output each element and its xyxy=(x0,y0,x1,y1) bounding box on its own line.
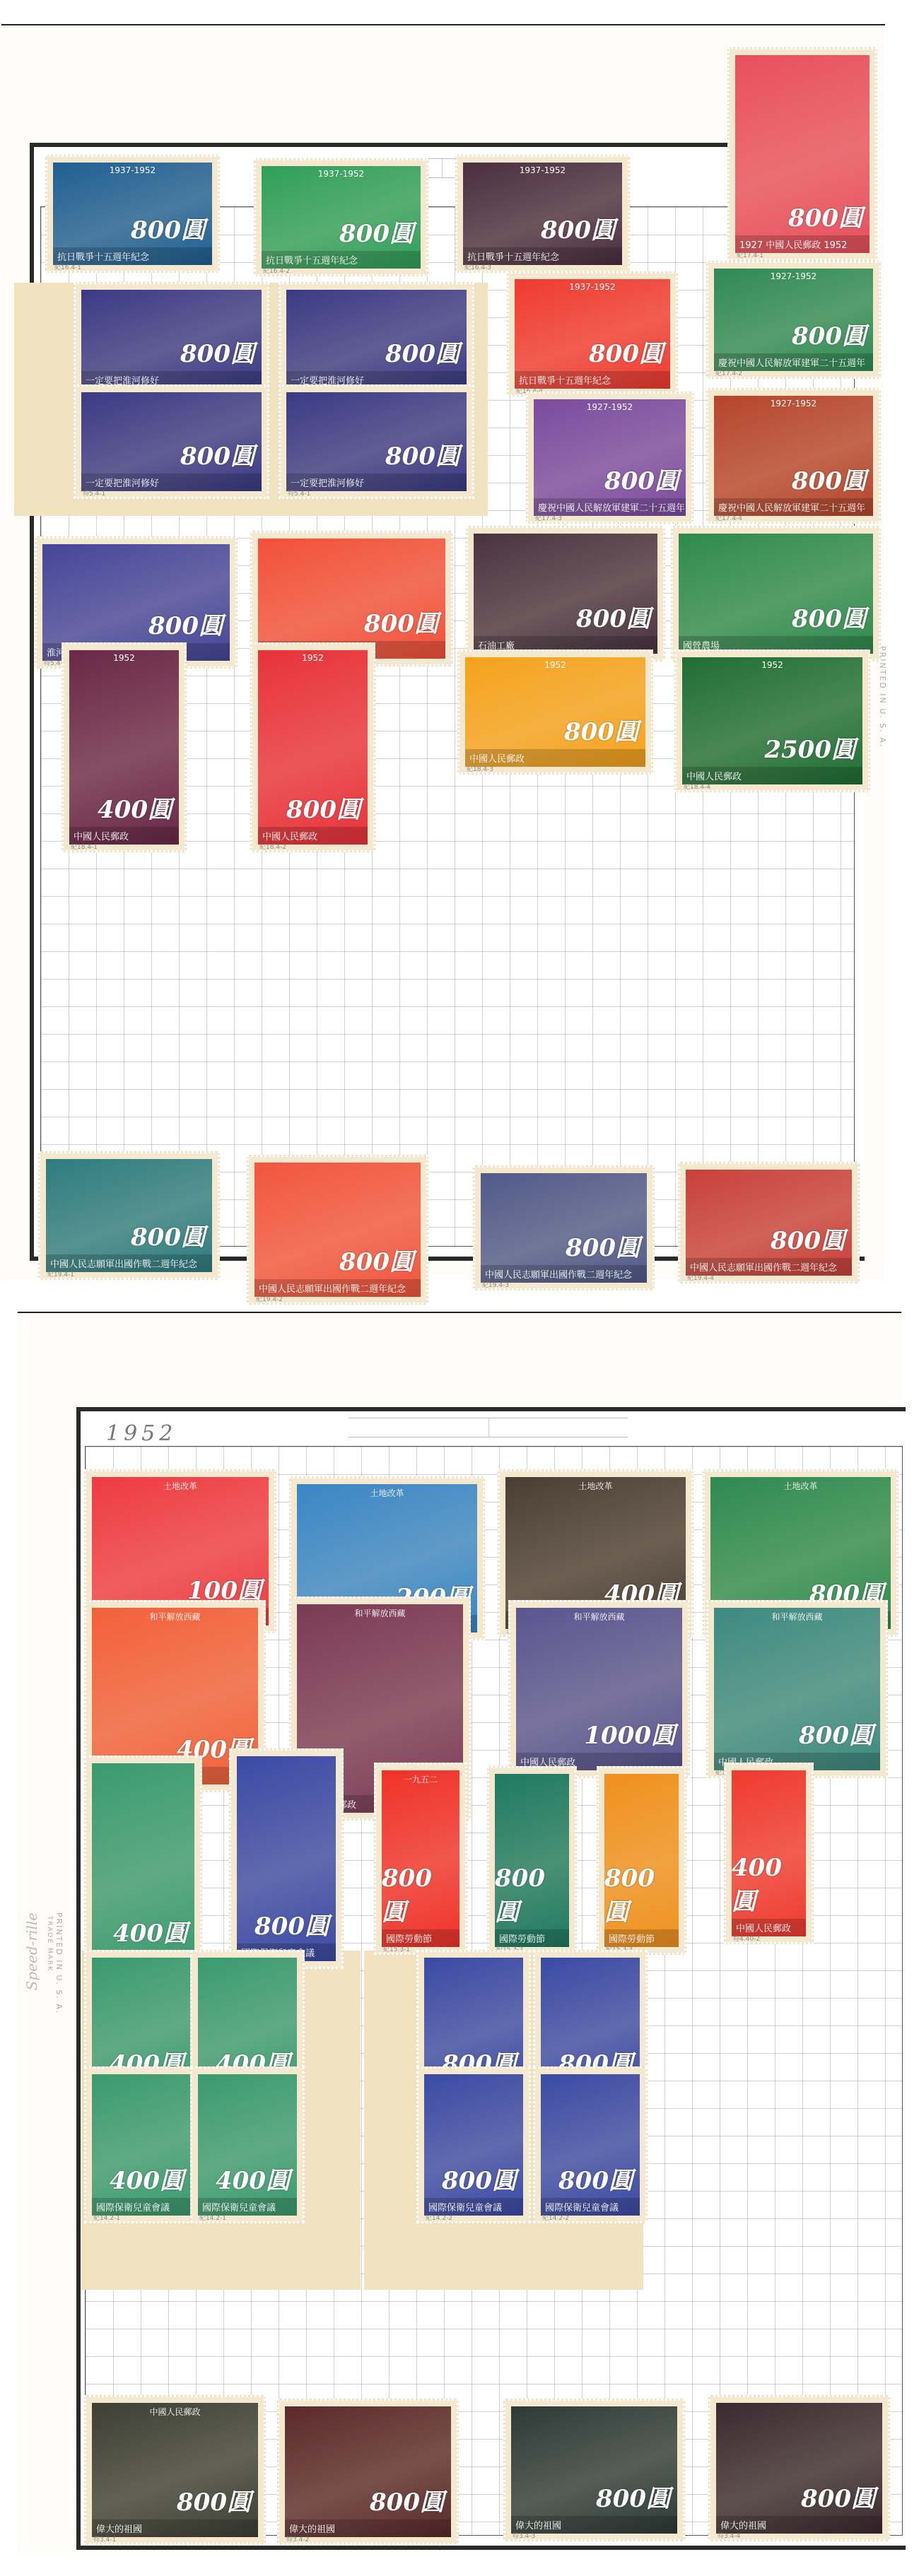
stamp-top-text: 1937-1952 xyxy=(519,282,666,292)
stamp-code: 紀15.3-1 xyxy=(383,1944,410,1953)
stamp: 一九五二800圓國際勞動節紀15.3-1 xyxy=(375,1763,467,1954)
stamp-design: 800圓一定要把淮河修好 xyxy=(286,290,467,389)
stamp-code: 紀18.4-3 xyxy=(467,764,493,773)
stamp-denomination: 800圓 xyxy=(771,1221,845,1256)
stamp-top-text: 和平解放西藏 xyxy=(96,1611,254,1623)
stamp-code: 紀14.2-1 xyxy=(93,2213,120,2222)
stamp: 800圓國際勞動節紀15.3-2 xyxy=(488,1767,576,1954)
stamp-denomination: 800圓 xyxy=(364,604,438,639)
stamp: 800圓一定要把淮河修好特5.4-1 xyxy=(74,283,269,396)
stamp-denomination: 400圓 xyxy=(732,1854,799,1917)
stamp-code: 紀19.4-3 xyxy=(482,1280,509,1289)
stamp-denomination: 800圓 xyxy=(131,1218,205,1252)
stamp-design: 一九五二800圓國際勞動節 xyxy=(382,1770,459,1947)
stamp-code: 特3.4-1 xyxy=(93,2534,116,2543)
stamp-denomination: 800圓 xyxy=(541,211,615,245)
stamp-design: 中國人民郵政800圓偉大的祖國 xyxy=(92,2403,258,2537)
stamp-denomination: 800圓 xyxy=(589,334,663,369)
stamp-denomination: 800圓 xyxy=(131,211,205,245)
stamp-design: 800圓偉大的祖國 xyxy=(258,539,445,659)
stamp-denomination: 800圓 xyxy=(370,2483,444,2517)
stamp-denomination: 800圓 xyxy=(495,1864,562,1927)
speed-rille-brand: Speed-rille xyxy=(23,1912,40,1990)
stamp-denomination: 800圓 xyxy=(566,1228,640,1263)
stamp: 19522500圓中國人民郵政紀18.4-4 xyxy=(675,650,870,792)
stamp-code: 紀18.4-2 xyxy=(259,842,286,851)
stamp-code: 特3.4-2 xyxy=(286,2534,309,2543)
stamp-design: 1952800圓中國人民郵政 xyxy=(465,657,645,767)
stamp: 1937-1952800圓抗日戰爭十五週年紀念紀16.4-2 xyxy=(254,159,428,276)
stamp-top-text: 中國人民郵政 xyxy=(96,2406,254,2418)
stamp: 400圓中國人民郵政特4.40-2 xyxy=(725,1763,813,1943)
stamp: 800圓國際保衛兒童會議紀14.2-2 xyxy=(534,2067,647,2223)
stamp-design: 1937-1952800圓抗日戰爭十五週年紀念 xyxy=(463,163,622,265)
stamp-denomination: 800圓 xyxy=(177,2483,251,2517)
stamp-design: 1927-1952800圓慶祝中國人民解放軍建軍二十五週年 xyxy=(714,269,873,371)
stamp: 1952400圓中國人民郵政紀18.4-1 xyxy=(62,643,186,852)
stamp-denomination: 400圓 xyxy=(110,2161,184,2196)
stamp-design: 1937-1952800圓抗日戰爭十五週年紀念 xyxy=(262,166,421,269)
stamp-design: 800圓中國人民志願軍出國作戰二週年紀念 xyxy=(46,1159,212,1272)
stamp-denomination: 800圓 xyxy=(558,2161,633,2196)
stamp: 1937-1952800圓抗日戰爭十五週年紀念紀16.4-4 xyxy=(508,272,677,396)
stamp-code: 紀16.4-2 xyxy=(263,266,290,275)
stamp-denomination: 800圓 xyxy=(788,199,862,233)
stamp-design: 800圓國際勞動節 xyxy=(604,1774,679,1947)
stamp-denomination: 800圓 xyxy=(254,1907,329,1941)
stamp: 800圓一定要把淮河修好特5.4-1 xyxy=(279,385,474,498)
printed-in-usa-label: PRINTED IN U. S. A. xyxy=(54,1912,64,2014)
stamp: 800圓國際保衛兒童會議紀14.2-2 xyxy=(417,2067,530,2223)
year-label: 1952 xyxy=(106,1421,177,1446)
stamp-design: 400圓國際保衛兒童會議 xyxy=(198,2074,297,2216)
stamp: 1937-1952800圓抗日戰爭十五週年紀念紀16.4-3 xyxy=(456,155,629,272)
stamp-top-text: 1927-1952 xyxy=(718,271,869,281)
stamp-design: 1927-1952800圓慶祝中國人民解放軍建軍二十五週年 xyxy=(714,396,873,516)
stamp-code: 紀16.4-3 xyxy=(464,262,491,271)
stamp-top-text: 1937-1952 xyxy=(467,165,618,175)
stamp-top-text: 1937-1952 xyxy=(57,165,208,175)
printed-in-usa-label: PRINTED IN U. S. A. xyxy=(878,646,887,748)
stamp-design: 800圓1927 中國人民郵政 1952 xyxy=(735,55,870,253)
stamp: 800圓偉大的祖國特3.4-3 xyxy=(504,2399,684,2541)
stamp-code: 紀19.4-2 xyxy=(256,1294,283,1303)
stamp-top-text: 1937-1952 xyxy=(266,169,416,179)
stamp-top-text: 1927-1952 xyxy=(718,399,869,408)
stamp-design: 和平解放西藏1000圓中國人民郵政 xyxy=(516,1608,682,1770)
stamp: 800圓一定要把淮河修好特5.4-1 xyxy=(74,385,269,498)
stamp: 800圓偉大的祖國特3.4-2 xyxy=(278,2399,458,2544)
stamp: 800圓中國人民志願軍出國作戰二週年紀念紀19.4-2 xyxy=(247,1155,428,1304)
stamp: 1937-1952800圓抗日戰爭十五週年紀念紀16.4-1 xyxy=(46,155,219,272)
stamp-code: 紀14.2-2 xyxy=(426,2213,452,2222)
stamp-denomination: 800圓 xyxy=(801,2479,875,2514)
stamp-caption: 偉大的祖國 xyxy=(285,2519,451,2537)
stamp-denomination: 800圓 xyxy=(792,317,866,351)
stamp-design: 1952400圓中國人民郵政 xyxy=(69,650,179,845)
stamp-code: 特3.4-4 xyxy=(718,2531,740,2540)
stamp-design: 800圓國際保衛兒童會議 xyxy=(541,2074,640,2216)
stamp-top-text: 1952 xyxy=(686,660,858,670)
stamp-top-text: 1952 xyxy=(262,653,363,663)
stamp-code: 特5.4-1 xyxy=(83,488,105,498)
stamp: 1927-1952800圓慶祝中國人民解放軍建軍二十五週年紀17.4-4 xyxy=(707,389,880,523)
stamp-denomination: 800圓 xyxy=(385,334,459,369)
stamp-code: 紀17.4-4 xyxy=(715,513,742,522)
stamp-top-text: 土地改革 xyxy=(301,1487,473,1499)
stamp-code: 紀18.4-1 xyxy=(71,842,98,851)
stamp-denomination: 800圓 xyxy=(596,2479,670,2514)
stamp: 400圓國際保衛兒童會議紀14.2-1 xyxy=(85,1756,201,1975)
stamp-design: 800圓中國人民志願軍出國作戰二週年紀念 xyxy=(481,1173,647,1283)
stamp-design: 800圓偉大的祖國 xyxy=(716,2403,882,2534)
stamp: 400圓國際保衛兒童會議紀14.2-1 xyxy=(85,2067,198,2223)
stamp-design: 800圓一定要把淮河修好 xyxy=(81,290,262,389)
stamp-denomination: 800圓 xyxy=(180,334,254,369)
stamp: 800圓中國人民志願軍出國作戰二週年紀念紀19.4-3 xyxy=(474,1166,654,1290)
stamp-design: 1937-1952800圓抗日戰爭十五週年紀念 xyxy=(515,279,670,389)
stamp-denomination: 800圓 xyxy=(792,461,866,496)
stamp-design: 800圓國際保衛兒童會議 xyxy=(424,2074,523,2216)
stamp-denomination: 800圓 xyxy=(604,461,679,496)
stamp-design: 800圓一定要把淮河修好 xyxy=(286,392,467,491)
stamp-design: 800圓偉大的祖國 xyxy=(511,2406,677,2534)
stamp-top-text: 1927-1952 xyxy=(538,402,681,412)
stamp-design: 800圓中國人民志願軍出國作戰二週年紀念 xyxy=(686,1170,852,1276)
stamp: 1927-1952800圓慶祝中國人民解放軍建軍二十五週年紀17.4-3 xyxy=(527,392,693,523)
stamp-design: 800圓石油工廠 xyxy=(474,534,657,654)
stamp-design: 400圓國際保衛兒童會議 xyxy=(92,2074,191,2216)
stamp-top-text: 1952 xyxy=(469,660,641,670)
stamp: 800圓國營農場特5.4-4 xyxy=(672,527,880,661)
stamp-top-text: 土地改革 xyxy=(96,1480,264,1492)
stamp-top-text: 土地改革 xyxy=(510,1480,681,1492)
stamp-top-text: 和平解放西藏 xyxy=(718,1611,876,1623)
stamp-code: 紀14.2-1 xyxy=(199,2213,226,2222)
stamp-code: 紀17.4-1 xyxy=(737,250,763,259)
trademark-label: TRADE MARK xyxy=(46,1916,53,1972)
stamp: 1927-1952800圓慶祝中國人民解放軍建軍二十五週年紀17.4-2 xyxy=(707,261,880,378)
stamp-code: 紀19.4-1 xyxy=(47,1269,74,1278)
page-top-edge xyxy=(18,1312,901,1313)
stamp: 1952800圓中國人民郵政紀18.4-3 xyxy=(458,650,652,774)
stamp-code: 紀14.2-2 xyxy=(542,2213,569,2222)
page-top-edge xyxy=(1,24,885,25)
stamp: 800圓國際保衛兒童會議紀14.2-2 xyxy=(230,1749,343,1968)
stamp-caption: 一定要把淮河修好 xyxy=(81,474,262,491)
stamp-code: 紀16.4-1 xyxy=(54,262,81,271)
stamp-denomination: 800圓 xyxy=(148,606,223,641)
stamp-design: 400圓中國人民郵政 xyxy=(732,1770,806,1936)
stamp-design: 400圓國際保衛兒童會議 xyxy=(92,1763,194,1968)
stamp-denomination: 800圓 xyxy=(792,599,866,634)
stamp-denomination: 800圓 xyxy=(339,214,414,249)
stamp-caption: 偉大的祖國 xyxy=(511,2516,677,2534)
stamp-top-text: 土地改革 xyxy=(715,1480,886,1492)
stamp-code: 紀17.4-3 xyxy=(535,513,562,522)
stamp: 中國人民郵政800圓偉大的祖國特3.4-1 xyxy=(85,2396,265,2544)
stamp-top-text: 一九五二 xyxy=(386,1773,455,1785)
stamp: 400圓國際保衛兒童會議紀14.2-1 xyxy=(191,2067,304,2223)
stamp-top-text: 1952 xyxy=(74,653,175,663)
stamp-denomination: 400圓 xyxy=(216,2161,290,2196)
stamp-top-text: 和平解放西藏 xyxy=(520,1611,678,1623)
stamp: 800圓國際勞動節紀15.3-3 xyxy=(597,1767,686,1954)
stamp-denomination: 800圓 xyxy=(576,599,650,634)
title-lines xyxy=(349,1418,628,1437)
stamp-denomination: 800圓 xyxy=(385,437,459,471)
stamp-top-text: 和平解放西藏 xyxy=(301,1607,459,1619)
stamp-code: 特3.4-3 xyxy=(513,2531,535,2540)
stamp-caption: 偉大的祖國 xyxy=(92,2519,258,2537)
stamp: 800圓中國人民志願軍出國作戰二週年紀念紀19.4-1 xyxy=(39,1152,219,1279)
stamp: 1952800圓中國人民郵政紀18.4-2 xyxy=(251,643,375,852)
stamp: 800圓一定要把淮河修好特5.4-1 xyxy=(279,283,474,396)
stamp: 和平解放西藏800圓中國人民郵政紀13.4-2 xyxy=(707,1601,887,1777)
stamp: 800圓1927 中國人民郵政 1952紀17.4-1 xyxy=(728,48,877,260)
stamp-design: 800圓國際勞動節 xyxy=(495,1774,569,1947)
stamp-caption: 偉大的祖國 xyxy=(716,2516,882,2534)
stamp-design: 和平解放西藏800圓中國人民郵政 xyxy=(714,1608,880,1770)
stamp-code: 紀18.4-4 xyxy=(684,782,710,791)
stamp-design: 800圓中國人民志願軍出國作戰二週年紀念 xyxy=(254,1163,421,1297)
stamp-denomination: 400圓 xyxy=(98,790,172,825)
stamp-denomination: 800圓 xyxy=(382,1864,452,1927)
stamp: 和平解放西藏1000圓中國人民郵政紀13.4-4 xyxy=(509,1601,689,1777)
stamp-denomination: 800圓 xyxy=(339,1242,414,1277)
stamp: 800圓中國人民志願軍出國作戰二週年紀念紀19.4-4 xyxy=(679,1163,859,1283)
stamp-denomination: 800圓 xyxy=(799,1716,873,1751)
stamp-design: 1937-1952800圓抗日戰爭十五週年紀念 xyxy=(53,163,212,265)
stamp: 800圓偉大的祖國特3.4-4 xyxy=(709,2396,889,2541)
stamp-code: 紀19.4-4 xyxy=(687,1273,714,1282)
stamp-denomination: 800圓 xyxy=(180,437,254,471)
stamp-code: 特4.40-2 xyxy=(733,1934,760,1943)
stamp-design: 1927-1952800圓慶祝中國人民解放軍建軍二十五週年 xyxy=(534,399,686,516)
stamp-design: 1952800圓中國人民郵政 xyxy=(258,650,368,845)
stamp-denomination: 1000圓 xyxy=(584,1716,675,1751)
stamp-denomination: 800圓 xyxy=(604,1864,672,1927)
stamp-design: 19522500圓中國人民郵政 xyxy=(682,657,862,784)
stamp-denomination: 2500圓 xyxy=(764,730,855,765)
stamp-denomination: 400圓 xyxy=(113,1914,187,1948)
stamp-denomination: 800圓 xyxy=(442,2161,516,2196)
stamp-denomination: 800圓 xyxy=(286,790,361,825)
stamp-caption: 一定要把淮河修好 xyxy=(286,474,467,491)
stamp-design: 800圓國營農場 xyxy=(679,534,873,654)
stamp-design: 800圓一定要把淮河修好 xyxy=(81,392,262,491)
stamp: 800圓石油工廠特5.4-3 xyxy=(467,527,665,661)
stamp-design: 800圓偉大的祖國 xyxy=(285,2406,451,2537)
stamp-design: 800圓國際保衛兒童會議 xyxy=(237,1756,336,1961)
stamp-code: 紀17.4-2 xyxy=(715,368,742,377)
stamp-code: 特5.4-1 xyxy=(288,488,310,498)
stamp-denomination: 800圓 xyxy=(564,712,638,747)
